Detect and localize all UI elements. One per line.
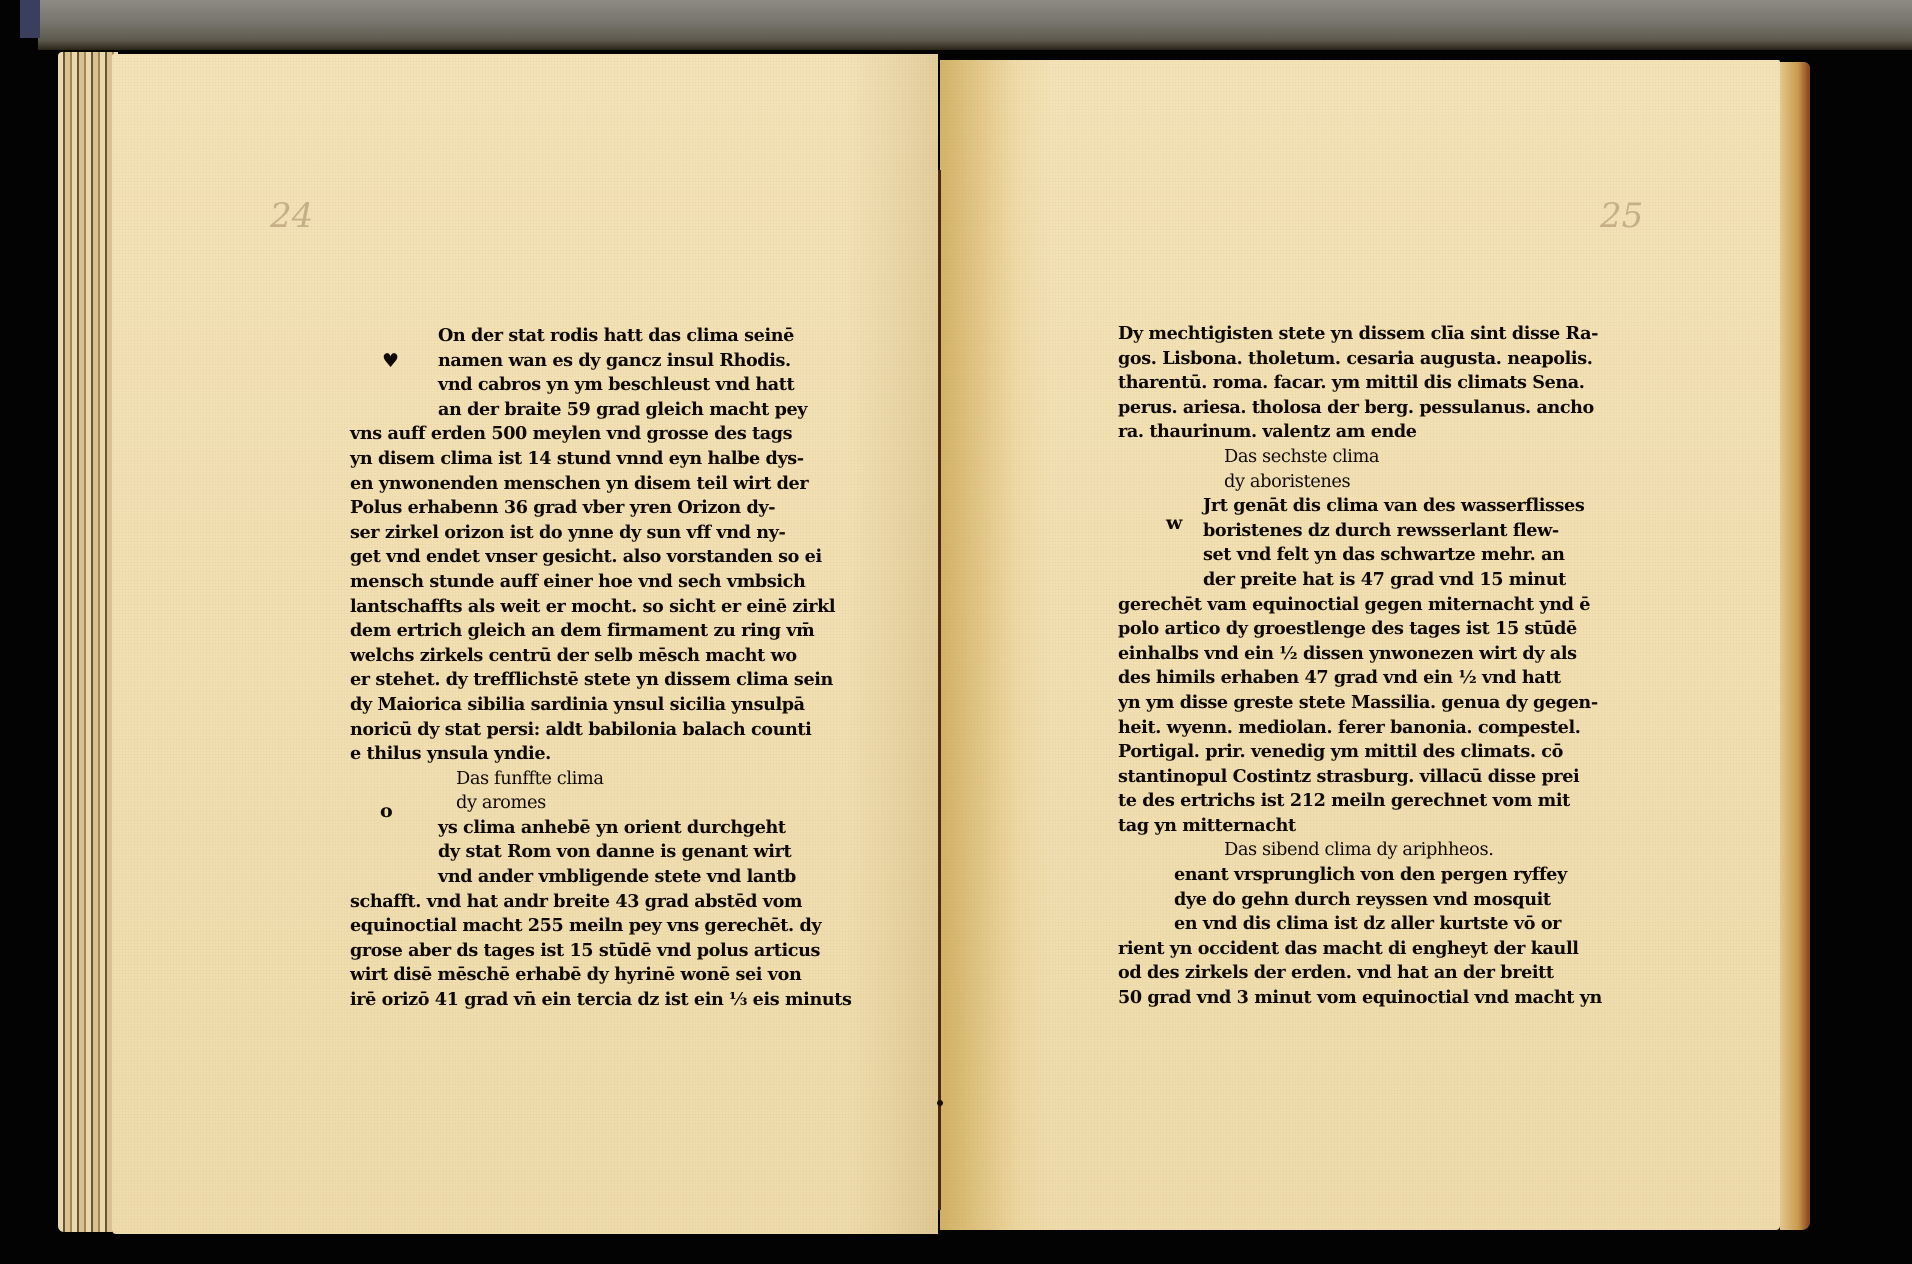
text-line: rient yn occident das macht di engheyt d… xyxy=(1118,937,1550,962)
text-line: gerechēt vam equinoctial gegen miternach… xyxy=(1118,593,1550,618)
text-line: dye do gehn durch reyssen vnd mosquit xyxy=(1118,888,1550,913)
text-line: vnd ander vmbligende stete vnd lantb xyxy=(350,865,775,890)
text-line: irē orizō 41 grad vn̄ ein tercia dz ist … xyxy=(350,988,775,1013)
text-line: welchs zirkels centrū der selb mēsch mac… xyxy=(350,644,775,669)
text-line: er stehet. dy trefflichstē stete yn diss… xyxy=(350,668,775,693)
text-line: heit. wyenn. mediolan. ferer banonia. co… xyxy=(1118,716,1550,741)
section-heading: Das sibend clima dy ariphheos. xyxy=(1118,838,1550,863)
text-line: tharentū. roma. facar. ym mittil dis cli… xyxy=(1118,371,1550,396)
text-line: Portigal. prir. venedig ym mittil des cl… xyxy=(1118,740,1550,765)
right-fore-edge xyxy=(1780,62,1810,1230)
scanner-top-band xyxy=(38,0,1912,50)
folio-number-left: 24 xyxy=(270,196,313,236)
text-line: dy Maiorica sibilia sardinia ynsul sicil… xyxy=(350,693,775,718)
text-line: On der stat rodis hatt das clima seinē xyxy=(350,324,775,349)
text-line: get vnd endet vnser gesicht. also vorsta… xyxy=(350,545,775,570)
text-line: ra. thaurinum. valentz am ende xyxy=(1118,420,1550,445)
section-subheading: dy aromes xyxy=(350,791,775,816)
text-line: Dy mechtigisten stete yn dissem clīa sin… xyxy=(1118,322,1550,347)
text-line: en ynwonenden menschen yn disem teil wir… xyxy=(350,472,775,497)
gutter xyxy=(938,170,941,1210)
text-line: noricū dy stat persi: aldt babilonia bal… xyxy=(350,718,775,743)
text-line: mensch stunde auff einer hoe vnd sech vm… xyxy=(350,570,775,595)
text-line: einhalbs vnd ein ½ dissen ynwonezen wirt… xyxy=(1118,642,1550,667)
gutter-mark xyxy=(937,1100,943,1106)
left-fore-edge xyxy=(58,52,118,1232)
text-line: Polus erhabenn 36 grad vber yren Orizon … xyxy=(350,496,775,521)
text-line: 50 grad vnd 3 minut vom equinoctial vnd … xyxy=(1118,986,1550,1011)
text-line: set vnd felt yn das schwartze mehr. an xyxy=(1118,543,1550,568)
section-heading: Das sechste clima xyxy=(1118,445,1550,470)
text-line: der preite hat is 47 grad vnd 15 minut xyxy=(1118,568,1550,593)
folio-number-right: 25 xyxy=(1600,196,1643,236)
section-heading: Das funffte clima xyxy=(350,767,775,792)
text-line: od des zirkels der erden. vnd hat an der… xyxy=(1118,961,1550,986)
text-line: en vnd dis clima ist dz aller kurtste vō… xyxy=(1118,912,1550,937)
text-line: an der braite 59 grad gleich macht pey xyxy=(350,398,775,423)
text-line: yn disem clima ist 14 stund vnnd eyn hal… xyxy=(350,447,775,472)
text-line: des himils erhaben 47 grad vnd ein ½ vnd… xyxy=(1118,666,1550,691)
text-line: namen wan es dy gancz insul Rhodis. xyxy=(350,349,775,374)
text-line: perus. ariesa. tholosa der berg. pessula… xyxy=(1118,396,1550,421)
scanner-edge xyxy=(20,0,40,38)
text-line: vnd cabros yn ym beschleust vnd hatt xyxy=(350,373,775,398)
text-line: stantinopul Costintz strasburg. villacū … xyxy=(1118,765,1550,790)
text-line: polo artico dy groestlenge des tages ist… xyxy=(1118,617,1550,642)
text-line: wirt disē mēschē erhabē dy hyrinē wonē s… xyxy=(350,963,775,988)
text-line: e thilus ynsula yndie. xyxy=(350,742,775,767)
left-text-block: On der stat rodis hatt das clima seinē n… xyxy=(350,324,775,1013)
right-text-block: Dy mechtigisten stete yn dissem clīa sin… xyxy=(1118,322,1550,1011)
text-line: Jrt genāt dis clima van des wasserflisse… xyxy=(1118,494,1550,519)
text-line: enant vrsprunglich von den pergen ryffey xyxy=(1118,863,1550,888)
text-line: schafft. vnd hat andr breite 43 grad abs… xyxy=(350,890,775,915)
text-line: ser zirkel orizon ist do ynne dy sun vff… xyxy=(350,521,775,546)
text-line: tag yn mitternacht xyxy=(1118,814,1550,839)
book-spread: 24 25 ♥ o w On der stat rodis hatt das c… xyxy=(0,0,1912,1264)
text-line: vns auff erden 500 meylen vnd grosse des… xyxy=(350,422,775,447)
text-line: lantschaffts als weit er mocht. so sicht… xyxy=(350,595,775,620)
text-line: yn ym disse greste stete Massilia. genua… xyxy=(1118,691,1550,716)
section-subheading: dy aboristenes xyxy=(1118,470,1550,495)
text-line: dy stat Rom von danne is genant wirt xyxy=(350,840,775,865)
text-line: grose aber ds tages ist 15 stūdē vnd pol… xyxy=(350,939,775,964)
text-line: gos. Lisbona. tholetum. cesaria augusta.… xyxy=(1118,347,1550,372)
text-line: dem ertrich gleich an dem firmament zu r… xyxy=(350,619,775,644)
text-line: boristenes dz durch rewsserlant flew- xyxy=(1118,519,1550,544)
text-line: te des ertrichs ist 212 meiln gerechnet … xyxy=(1118,789,1550,814)
text-line: ys clima anhebē yn orient durchgeht xyxy=(350,816,775,841)
text-line: equinoctial macht 255 meiln pey vns gere… xyxy=(350,914,775,939)
